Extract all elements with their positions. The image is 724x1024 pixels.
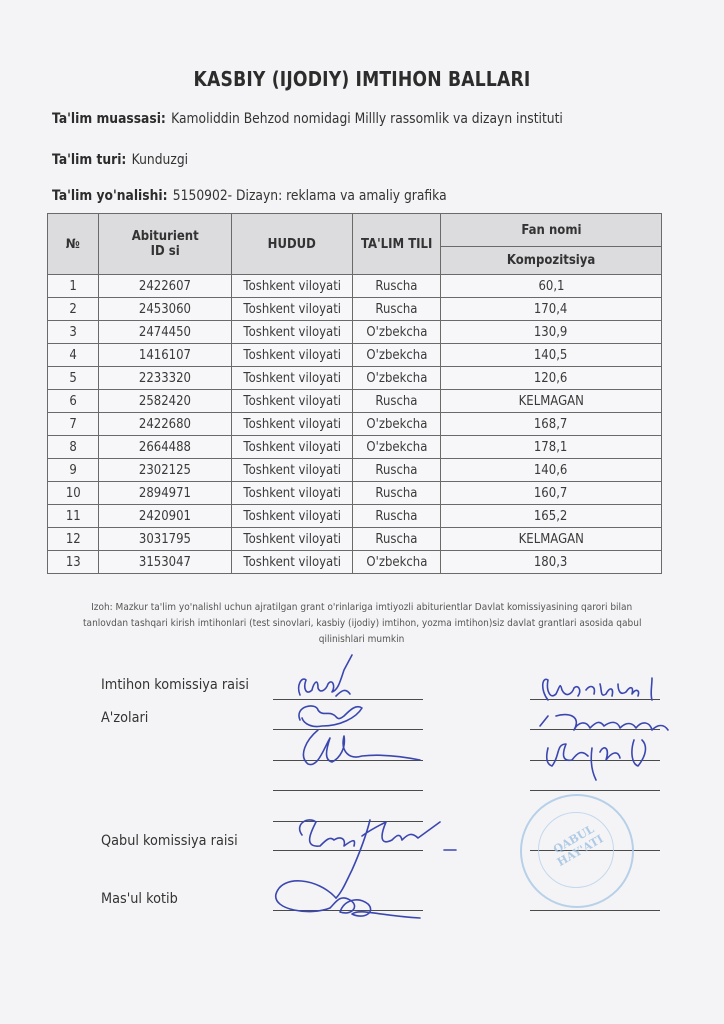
cell-language: O'zbekcha [353, 321, 441, 344]
cell-language: Ruscha [353, 298, 441, 321]
cell-language: O'zbekcha [353, 436, 441, 459]
signature-line [273, 910, 423, 911]
study-form-label: Ta'lim turi: [52, 152, 126, 168]
cell-no: 4 [48, 344, 99, 367]
cell-score: KELMAGAN [441, 528, 662, 551]
cell-no: 13 [48, 551, 99, 574]
signature-line [530, 910, 660, 911]
cell-language: Ruscha [353, 275, 441, 298]
cell-applicant-id: 2582420 [99, 390, 232, 413]
cell-language: O'zbekcha [353, 413, 441, 436]
cell-no: 12 [48, 528, 99, 551]
cell-no: 11 [48, 505, 99, 528]
members-label: A'zolari [101, 710, 148, 726]
cell-no: 1 [48, 275, 99, 298]
signature-line [530, 790, 660, 791]
cell-applicant-id: 1416107 [99, 344, 232, 367]
official-stamp: QABULHAY'ATI [520, 794, 634, 908]
table-row: 41416107Toshkent viloyatiO'zbekcha140,5 [48, 344, 662, 367]
table-row: 32474450Toshkent viloyatiO'zbekcha130,9 [48, 321, 662, 344]
signature-line [273, 850, 423, 851]
cell-no: 9 [48, 459, 99, 482]
cell-region: Toshkent viloyati [232, 298, 353, 321]
cell-applicant-id: 2233320 [99, 367, 232, 390]
admission-chair-label: Qabul komissiya raisi [101, 833, 238, 849]
cell-language: Ruscha [353, 528, 441, 551]
cell-language: Ruscha [353, 482, 441, 505]
cell-applicant-id: 3031795 [99, 528, 232, 551]
cell-language: Ruscha [353, 459, 441, 482]
cell-score: 165,2 [441, 505, 662, 528]
footnote: Izoh: Mazkur ta'lim yo'nalishl uchun ajr… [50, 600, 674, 648]
document-title: KASBIY (IJODIY) IMTIHON BALLARI [51, 67, 674, 91]
signature-line [530, 699, 660, 700]
cell-applicant-id: 2664488 [99, 436, 232, 459]
exam-chair-label: Imtihon komissiya raisi [101, 677, 249, 693]
cell-region: Toshkent viloyati [232, 390, 353, 413]
footnote-line-3: qilinishlari mumkin [319, 632, 405, 648]
table-row: 123031795Toshkent viloyatiRuschaKELMAGAN [48, 528, 662, 551]
cell-language: Ruscha [353, 505, 441, 528]
cell-score: KELMAGAN [441, 390, 662, 413]
cell-region: Toshkent viloyati [232, 528, 353, 551]
cell-applicant-id: 2420901 [99, 505, 232, 528]
cell-applicant-id: 3153047 [99, 551, 232, 574]
study-form-line: Ta'lim turi:Kunduzgi [52, 152, 188, 168]
table-row: 22453060Toshkent viloyatiRuscha170,4 [48, 298, 662, 321]
cell-applicant-id: 2894971 [99, 482, 232, 505]
signature-line [273, 699, 423, 700]
cell-score: 160,7 [441, 482, 662, 505]
signature-line [530, 729, 660, 730]
footnote-line-1: Izoh: Mazkur ta'lim yo'nalishl uchun ajr… [91, 600, 632, 616]
cell-no: 8 [48, 436, 99, 459]
cell-score: 180,3 [441, 551, 662, 574]
cell-region: Toshkent viloyati [232, 505, 353, 528]
cell-no: 3 [48, 321, 99, 344]
cell-region: Toshkent viloyati [232, 344, 353, 367]
cell-score: 140,6 [441, 459, 662, 482]
header-region: HUDUD [232, 214, 353, 275]
cell-score: 170,4 [441, 298, 662, 321]
header-subject: Kompozitsiya [441, 247, 662, 275]
scores-table: № AbiturientID si HUDUD TA'LIM TILI Fan … [47, 213, 662, 574]
cell-no: 2 [48, 298, 99, 321]
cell-score: 168,7 [441, 413, 662, 436]
cell-score: 130,9 [441, 321, 662, 344]
header-applicant-id: AbiturientID si [99, 214, 232, 275]
secretary-label: Mas'ul kotib [101, 891, 178, 907]
cell-no: 6 [48, 390, 99, 413]
institution-line: Ta'lim muassasi:Kamoliddin Behzod nomida… [52, 111, 563, 127]
cell-no: 7 [48, 413, 99, 436]
header-subject-group: Fan nomi [441, 214, 662, 247]
cell-no: 10 [48, 482, 99, 505]
study-direction-line: Ta'lim yo'nalishi:5150902- Dizayn: rekla… [52, 188, 447, 204]
cell-applicant-id: 2302125 [99, 459, 232, 482]
table-row: 62582420Toshkent viloyatiRuschaKELMAGAN [48, 390, 662, 413]
cell-language: O'zbekcha [353, 367, 441, 390]
table-row: 82664488Toshkent viloyatiO'zbekcha178,1 [48, 436, 662, 459]
table-row: 102894971Toshkent viloyatiRuscha160,7 [48, 482, 662, 505]
signature-line [273, 790, 423, 791]
table-row: 72422680Toshkent viloyatiO'zbekcha168,7 [48, 413, 662, 436]
cell-score: 120,6 [441, 367, 662, 390]
header-language: TA'LIM TILI [353, 214, 441, 275]
table-row: 52233320Toshkent viloyatiO'zbekcha120,6 [48, 367, 662, 390]
cell-language: O'zbekcha [353, 344, 441, 367]
cell-applicant-id: 2474450 [99, 321, 232, 344]
study-direction-value: 5150902- Dizayn: reklama va amaliy grafi… [173, 188, 447, 204]
cell-language: O'zbekcha [353, 551, 441, 574]
table-row: 12422607Toshkent viloyatiRuscha60,1 [48, 275, 662, 298]
cell-region: Toshkent viloyati [232, 275, 353, 298]
cell-region: Toshkent viloyati [232, 482, 353, 505]
cell-region: Toshkent viloyati [232, 413, 353, 436]
document-page: KASBIY (IJODIY) IMTIHON BALLARI Ta'lim m… [0, 0, 724, 1024]
table-row: 92302125Toshkent viloyatiRuscha140,6 [48, 459, 662, 482]
signature-line [273, 821, 423, 822]
cell-language: Ruscha [353, 390, 441, 413]
cell-applicant-id: 2422680 [99, 413, 232, 436]
study-direction-label: Ta'lim yo'nalishi: [52, 188, 168, 204]
header-no: № [48, 214, 99, 275]
signature-line [273, 729, 423, 730]
signature-line [530, 760, 660, 761]
signature-line [273, 760, 423, 761]
study-form-value: Kunduzgi [132, 152, 188, 168]
cell-score: 140,5 [441, 344, 662, 367]
cell-region: Toshkent viloyati [232, 459, 353, 482]
cell-no: 5 [48, 367, 99, 390]
table-row: 133153047Toshkent viloyatiO'zbekcha180,3 [48, 551, 662, 574]
cell-region: Toshkent viloyati [232, 436, 353, 459]
cell-applicant-id: 2453060 [99, 298, 232, 321]
cell-applicant-id: 2422607 [99, 275, 232, 298]
cell-region: Toshkent viloyati [232, 551, 353, 574]
institution-value: Kamoliddin Behzod nomidagi Millly rassom… [171, 111, 563, 127]
footnote-line-2: tanlovdan tashqari kirish imtihonlari (t… [83, 616, 641, 632]
table-row: 112420901Toshkent viloyatiRuscha165,2 [48, 505, 662, 528]
cell-region: Toshkent viloyati [232, 321, 353, 344]
cell-region: Toshkent viloyati [232, 367, 353, 390]
cell-score: 60,1 [441, 275, 662, 298]
cell-score: 178,1 [441, 436, 662, 459]
institution-label: Ta'lim muassasi: [52, 111, 166, 127]
